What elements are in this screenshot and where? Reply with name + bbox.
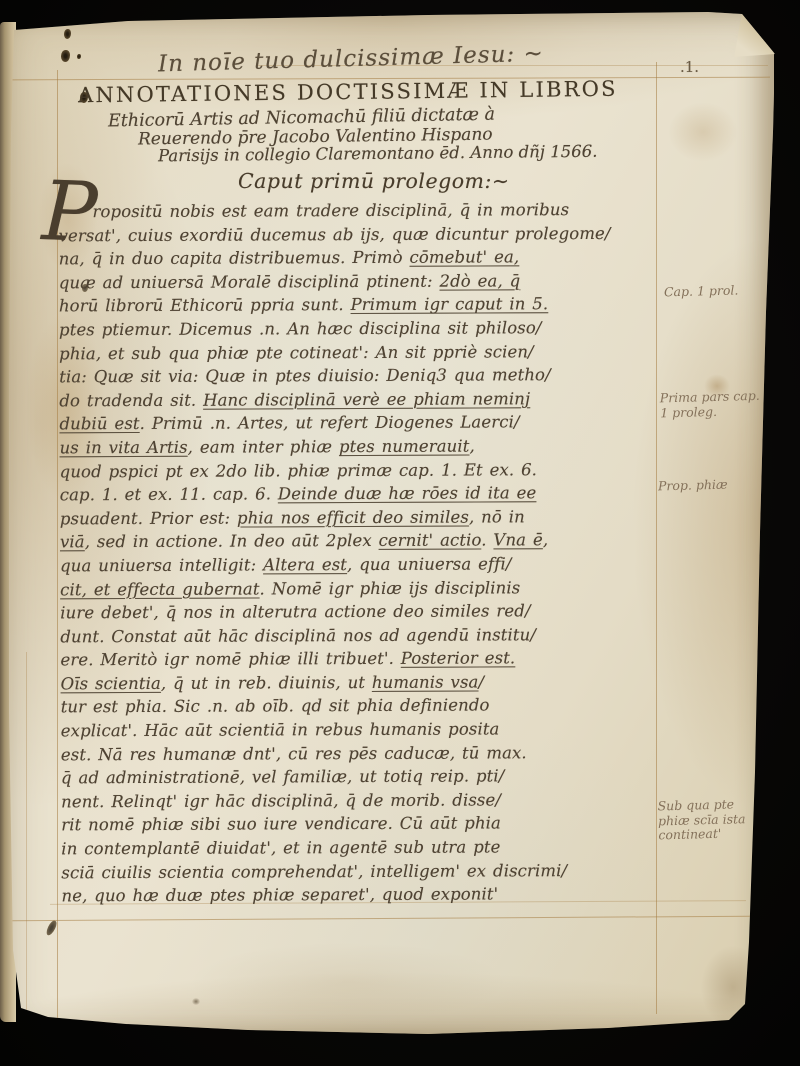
manuscript-line: na, q̄ in duo capita distribuemus. Primò… xyxy=(59,245,665,271)
subtitle-line: Parisijs in collegio Claremontano ēd. An… xyxy=(158,142,598,166)
page-title: ANNOTATIONES DOCTISSIMÆ IN LIBROS xyxy=(78,77,618,108)
margin-note: Cap. 1 prol. xyxy=(664,283,772,300)
manuscript-line: in contemplantē diuidat', et in agentē s… xyxy=(61,835,667,861)
manuscript-page: In noīe tuo dulcissimæ Iesu: ∼ .1. ANNOT… xyxy=(8,12,774,1038)
manuscript-line: ere. Meritò igr nomē phiæ illi tribuet'.… xyxy=(60,646,666,672)
manuscript-line: est. Nā res humanæ dnt', cū res pēs cadu… xyxy=(61,740,667,766)
photo-backdrop: In noīe tuo dulcissimæ Iesu: ∼ .1. ANNOT… xyxy=(0,0,800,1066)
manuscript-line: Oīs scientia, q̄ ut in reb. diuinis, ut … xyxy=(61,670,667,696)
stain xyxy=(668,102,738,162)
manuscript-line: rit nomē phiæ sibi suo iure vendicare. C… xyxy=(61,811,667,837)
manuscript-line: tur est phia. Sic .n. ab oīb. qd sit phi… xyxy=(61,693,667,719)
manuscript-line: dunt. Constat aūt hāc disciplinā nos ad … xyxy=(60,622,666,648)
stain xyxy=(192,998,200,1005)
sewing-hole xyxy=(61,50,70,62)
corner-curl-highlight xyxy=(698,942,768,1032)
ruling-line-left-vertical-outer xyxy=(26,652,27,1012)
manuscript-line: ropositū nobis est eam tradere disciplin… xyxy=(58,198,664,224)
ruling-line-bottom-lower xyxy=(10,916,750,922)
manuscript-line: explicat'. Hāc aūt scientiā in rebus hum… xyxy=(61,717,667,743)
margin-note: Prima pars cap. 1 proleg. xyxy=(660,389,769,421)
folio-number: .1. xyxy=(680,58,699,76)
manuscript-line: quod pspici pt ex 2do lib. phiæ primæ ca… xyxy=(60,457,666,483)
manuscript-line: us in vita Artis, eam inter phiæ ptes nu… xyxy=(59,434,665,460)
manuscript-line: ptes ptiemur. Dicemus .n. An hæc discipl… xyxy=(59,316,665,342)
manuscript-line: tia: Quæ sit via: Quæ in ptes diuisio: D… xyxy=(59,363,665,389)
margin-note: Prop. phiæ xyxy=(658,477,766,494)
manuscript-line: phia, et sub qua phiæ pte cotineat': An … xyxy=(59,339,665,365)
manuscript-line: dubiū est. Primū .n. Artes, ut refert Di… xyxy=(59,410,665,436)
manuscript-line: versat', cuius exordiū ducemus ab ijs, q… xyxy=(59,221,665,247)
manuscript-line: cap. 1. et ex. 11. cap. 6. Deinde duæ hæ… xyxy=(60,481,666,507)
manuscript-line: cit, et effecta gubernat. Nomē igr phiæ … xyxy=(60,575,666,601)
manuscript-line: psuadent. Prior est: phia nos efficit de… xyxy=(60,504,666,530)
manuscript-line: nent. Relinqt' igr hāc disciplinā, q̄ de… xyxy=(61,788,667,814)
manuscript-line: viā, sed in actione. In deo aūt 2plex ce… xyxy=(60,528,666,554)
sewing-hole xyxy=(64,29,71,39)
manuscript-line: do tradenda sit. Hanc disciplinā verè ee… xyxy=(59,386,665,412)
manuscript-line: ne, quo hæ duæ ptes phiæ separet', quod … xyxy=(61,882,667,908)
manuscript-line: iure debet', q̄ nos in alterutra actione… xyxy=(60,599,666,625)
manuscript-line: q̄ ad administrationē, vel familiæ, ut t… xyxy=(61,764,667,790)
manuscript-line: qua uniuersa intelligit: Altera est, qua… xyxy=(60,552,666,578)
manuscript-line: horū librorū Ethicorū ppria sunt. Primum… xyxy=(59,292,665,318)
invocation-line: In noīe tuo dulcissimæ Iesu: ∼ xyxy=(158,41,544,78)
dog-ear-fold xyxy=(732,13,776,59)
sewing-hole xyxy=(77,54,81,59)
stain xyxy=(188,942,508,1022)
margin-note: Sub qua pte phiæ scīa ista contineat' xyxy=(657,797,766,843)
chapter-heading: Caput primū prolegom:∼ xyxy=(238,169,510,193)
body-lines: ropositū nobis est eam tradere disciplin… xyxy=(58,198,667,908)
manuscript-line: sciā ciuilis scientia comprehendat', int… xyxy=(61,858,667,884)
manuscript-line: quæ ad uniuersā Moralē disciplinā ptinen… xyxy=(59,268,665,294)
